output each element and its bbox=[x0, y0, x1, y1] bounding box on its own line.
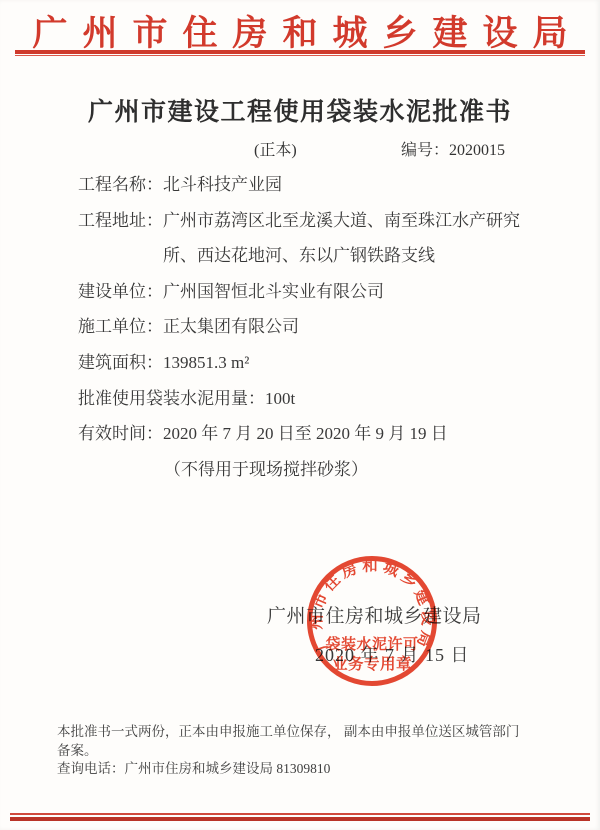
official-seal: 广州市住房和城乡建设局 袋装水泥许可 业务专用章 bbox=[303, 553, 441, 691]
field-value: 北斗科技产业园 bbox=[163, 167, 530, 203]
field-label: 工程地址： bbox=[78, 203, 163, 239]
footer-notes: 本批准书一式两份，正本由申报施工单位保存， 副本由申报单位送区城管部门 备案。 … bbox=[57, 723, 548, 779]
field-value: 2020 年 7 月 20 日至 2020 年 9 月 19 日 bbox=[163, 416, 530, 452]
field-construction-contractor: 施工单位： 正太集团有限公司 bbox=[78, 309, 530, 345]
issuing-agency-header: 广州市住房和城乡建设局 bbox=[0, 6, 600, 56]
field-construction-owner: 建设单位： 广州国智恒北斗实业有限公司 bbox=[78, 274, 530, 310]
field-project-address: 工程地址： 广州市荔湾区北至龙溪大道、南至珠江水产研究所、西达花地河、东以广钢铁… bbox=[78, 203, 530, 274]
field-value: 100t bbox=[265, 381, 530, 417]
header-divider bbox=[15, 50, 585, 56]
certificate-page: 广州市住房和城乡建设局 广州市建设工程使用袋装水泥批准书 (正本) 编号：202… bbox=[0, 0, 600, 830]
field-label: 批准使用袋装水泥用量： bbox=[78, 381, 265, 417]
field-value: 广州国智恒北斗实业有限公司 bbox=[163, 274, 530, 310]
bottom-divider-thin-line bbox=[10, 813, 590, 815]
field-value: 广州市荔湾区北至龙溪大道、南至珠江水产研究所、西达花地河、东以广钢铁路支线 bbox=[163, 203, 530, 274]
footer-note-line1: 本批准书一式两份，正本由申报施工单位保存， 副本由申报单位送区城管部门 bbox=[57, 723, 548, 742]
field-value: 139851.3 m² bbox=[163, 345, 530, 381]
footer-note-line2: 备案。 bbox=[57, 742, 548, 761]
copy-type-label: (正本) bbox=[254, 137, 297, 160]
document-number: 编号：2020015 bbox=[401, 137, 505, 160]
footer-phone-line: 查询电话：广州市住房和城乡建设局 81309810 bbox=[57, 760, 548, 779]
title-sub-row: (正本) 编号：2020015 bbox=[0, 137, 600, 159]
document-number-value: 2020015 bbox=[449, 142, 505, 159]
seal-center-line1: 袋装水泥许可 bbox=[325, 635, 418, 653]
field-building-area: 建筑面积： 139851.3 m² bbox=[78, 345, 530, 381]
document-title: 广州市建设工程使用袋装水泥批准书 bbox=[0, 92, 600, 128]
field-label: 建筑面积： bbox=[78, 345, 163, 381]
field-value: 正太集团有限公司 bbox=[163, 309, 530, 345]
header-divider-thin-line bbox=[15, 55, 585, 56]
field-label: 施工单位： bbox=[78, 309, 163, 345]
field-label: 工程名称： bbox=[78, 167, 163, 203]
header-divider-thick-line bbox=[15, 50, 585, 54]
field-label: 有效时间： bbox=[78, 416, 163, 452]
seal-center-line2: 业务专用章 bbox=[332, 654, 412, 673]
document-number-label: 编号： bbox=[401, 142, 449, 159]
bottom-divider-thick-line bbox=[10, 817, 590, 822]
field-validity-period: 有效时间： 2020 年 7 月 20 日至 2020 年 9 月 19 日 bbox=[78, 416, 530, 452]
restriction-note: （不得用于现场搅拌砂浆） bbox=[164, 452, 530, 488]
field-approved-cement-quantity: 批准使用袋装水泥用量： 100t bbox=[78, 381, 530, 417]
certificate-fields: 工程名称： 北斗科技产业园 工程地址： 广州市荔湾区北至龙溪大道、南至珠江水产研… bbox=[78, 167, 530, 487]
field-label: 建设单位： bbox=[78, 274, 163, 310]
bottom-divider bbox=[10, 813, 590, 821]
field-project-name: 工程名称： 北斗科技产业园 bbox=[78, 167, 530, 203]
